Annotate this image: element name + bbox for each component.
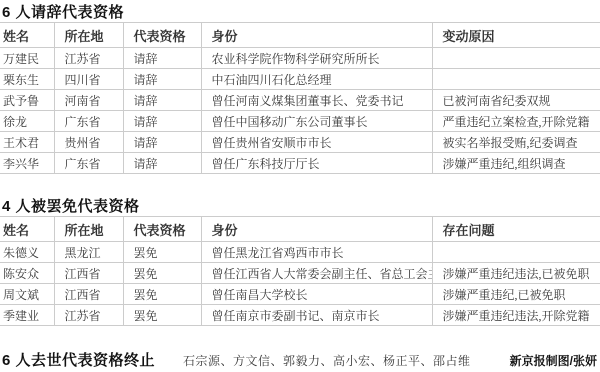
cell-name: 栗东生 — [0, 69, 54, 90]
cell-status: 请辞 — [123, 132, 201, 153]
cell-problem: 涉嫌严重违纪违法,开除党籍 — [432, 305, 600, 326]
cell-reason: 严重违纪立案检查,开除党籍 — [432, 111, 600, 132]
cell-location: 广东省 — [54, 153, 123, 174]
cell-identity: 曾任广东科技厅厅长 — [201, 153, 432, 174]
removed-header-row: 姓名 所在地 代表资格 身份 存在问题 — [0, 217, 600, 242]
removed-table: 姓名 所在地 代表资格 身份 存在问题 朱德义 黑龙江 罢免 曾任黑龙江省鸡西市… — [0, 216, 600, 326]
cell-location: 黑龙江 — [54, 242, 123, 263]
cell-reason: 涉嫌严重违纪,组织调查 — [432, 153, 600, 174]
cell-status: 罢免 — [123, 263, 201, 284]
cell-name: 季建业 — [0, 305, 54, 326]
cell-identity: 曾任江西省人大常委会副主任、省总工会主席 — [201, 263, 432, 284]
col-header-reason: 变动原因 — [432, 23, 600, 48]
table-row: 周文斌 江西省 罢免 曾任南昌大学校长 涉嫌严重违纪,已被免职 — [0, 284, 600, 305]
cell-status: 请辞 — [123, 90, 201, 111]
cell-reason — [432, 48, 600, 69]
cell-status: 请辞 — [123, 69, 201, 90]
cell-status: 请辞 — [123, 48, 201, 69]
cell-status: 罢免 — [123, 305, 201, 326]
cell-problem — [432, 242, 600, 263]
cell-location: 江西省 — [54, 263, 123, 284]
col-header-identity: 身份 — [201, 23, 432, 48]
infographic: 6 人请辞代表资格 姓名 所在地 代表资格 身份 变动原因 万建民 江苏省 请辞… — [0, 0, 600, 372]
cell-identity: 曾任南昌大学校长 — [201, 284, 432, 305]
table-row: 武予鲁 河南省 请辞 曾任河南义煤集团董事长、党委书记 已被河南省纪委双规 — [0, 90, 600, 111]
deceased-section: 6 人去世代表资格终止 石宗源、方文信、郭毅力、高小宏、杨正平、邵占维 新京报制… — [2, 349, 597, 370]
cell-name: 李兴华 — [0, 153, 54, 174]
cell-location: 贵州省 — [54, 132, 123, 153]
cell-location: 江苏省 — [54, 305, 123, 326]
resign-table: 姓名 所在地 代表资格 身份 变动原因 万建民 江苏省 请辞 农业科学院作物科学… — [0, 22, 600, 174]
table-row: 朱德义 黑龙江 罢免 曾任黑龙江省鸡西市市长 — [0, 242, 600, 263]
cell-status: 罢免 — [123, 242, 201, 263]
table-row: 栗东生 四川省 请辞 中石油四川石化总经理 — [0, 69, 600, 90]
cell-status: 请辞 — [123, 111, 201, 132]
cell-reason: 已被河南省纪委双规 — [432, 90, 600, 111]
cell-name: 徐龙 — [0, 111, 54, 132]
cell-identity: 曾任贵州省安顺市市长 — [201, 132, 432, 153]
cell-location: 河南省 — [54, 90, 123, 111]
col-header-identity: 身份 — [201, 217, 432, 242]
col-header-name: 姓名 — [0, 23, 54, 48]
cell-name: 陈安众 — [0, 263, 54, 284]
cell-name: 王术君 — [0, 132, 54, 153]
table-row: 王术君 贵州省 请辞 曾任贵州省安顺市市长 被实名举报受贿,纪委调查 — [0, 132, 600, 153]
cell-status: 请辞 — [123, 153, 201, 174]
cell-location: 江苏省 — [54, 48, 123, 69]
credit-byline: 新京报制图/张妍 — [510, 352, 597, 369]
col-header-location: 所在地 — [54, 23, 123, 48]
section-title-deceased: 6 人去世代表资格终止 — [2, 349, 155, 370]
cell-identity: 曾任中国移动广东公司董事长 — [201, 111, 432, 132]
cell-reason: 被实名举报受贿,纪委调查 — [432, 132, 600, 153]
table-row: 季建业 江苏省 罢免 曾任南京市委副书记、南京市长 涉嫌严重违纪违法,开除党籍 — [0, 305, 600, 326]
cell-identity: 农业科学院作物科学研究所所长 — [201, 48, 432, 69]
table-row: 万建民 江苏省 请辞 农业科学院作物科学研究所所长 — [0, 48, 600, 69]
col-header-status: 代表资格 — [123, 217, 201, 242]
cell-name: 朱德义 — [0, 242, 54, 263]
section-title-resign: 6 人请辞代表资格 — [2, 1, 124, 22]
cell-location: 四川省 — [54, 69, 123, 90]
cell-status: 罢免 — [123, 284, 201, 305]
table-row: 李兴华 广东省 请辞 曾任广东科技厅厅长 涉嫌严重违纪,组织调查 — [0, 153, 600, 174]
col-header-name: 姓名 — [0, 217, 54, 242]
cell-location: 广东省 — [54, 111, 123, 132]
table-row: 徐龙 广东省 请辞 曾任中国移动广东公司董事长 严重违纪立案检查,开除党籍 — [0, 111, 600, 132]
cell-identity: 曾任黑龙江省鸡西市市长 — [201, 242, 432, 263]
col-header-problem: 存在问题 — [432, 217, 600, 242]
cell-identity: 曾任河南义煤集团董事长、党委书记 — [201, 90, 432, 111]
section-title-removed: 4 人被罢免代表资格 — [2, 195, 140, 216]
cell-name: 万建民 — [0, 48, 54, 69]
deceased-names-list: 石宗源、方文信、郭毅力、高小宏、杨正平、邵占维 — [183, 352, 471, 369]
cell-identity: 中石油四川石化总经理 — [201, 69, 432, 90]
table-row: 陈安众 江西省 罢免 曾任江西省人大常委会副主任、省总工会主席 涉嫌严重违纪违法… — [0, 263, 600, 284]
cell-location: 江西省 — [54, 284, 123, 305]
cell-problem: 涉嫌严重违纪,已被免职 — [432, 284, 600, 305]
cell-name: 武予鲁 — [0, 90, 54, 111]
cell-problem: 涉嫌严重违纪违法,已被免职 — [432, 263, 600, 284]
cell-identity: 曾任南京市委副书记、南京市长 — [201, 305, 432, 326]
resign-header-row: 姓名 所在地 代表资格 身份 变动原因 — [0, 23, 600, 48]
col-header-status: 代表资格 — [123, 23, 201, 48]
cell-reason — [432, 69, 600, 90]
col-header-location: 所在地 — [54, 217, 123, 242]
cell-name: 周文斌 — [0, 284, 54, 305]
